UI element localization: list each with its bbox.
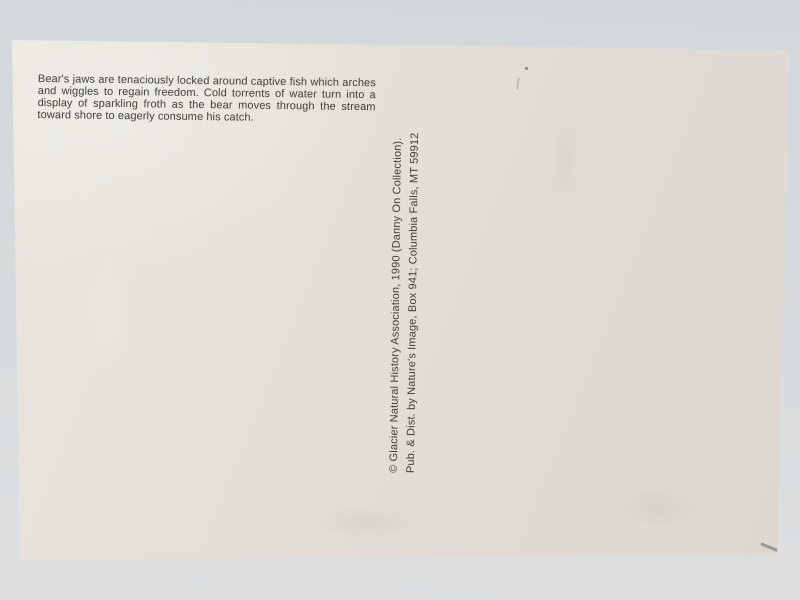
stain-smudge <box>607 480 707 535</box>
corner-bend-mark <box>760 542 780 552</box>
photo-backdrop: Bear's jaws are tenaciously locked aroun… <box>0 0 800 600</box>
postcard-caption: Bear's jaws are tenaciously locked aroun… <box>37 73 376 125</box>
paper-sheen <box>72 230 142 390</box>
scratch-mark <box>516 78 519 89</box>
postcard-back: Bear's jaws are tenaciously locked aroun… <box>12 40 790 560</box>
postcard-credit: © Glacier Natural History Association, 1… <box>386 123 424 473</box>
ink-speck-mark <box>525 67 528 70</box>
stain-smudge <box>542 100 587 220</box>
top-edge-scuff-mark <box>754 45 769 48</box>
stain-smudge <box>302 500 432 545</box>
credit-publisher-line: Pub. & Dist. by Nature's Image, Box 941;… <box>403 123 424 473</box>
